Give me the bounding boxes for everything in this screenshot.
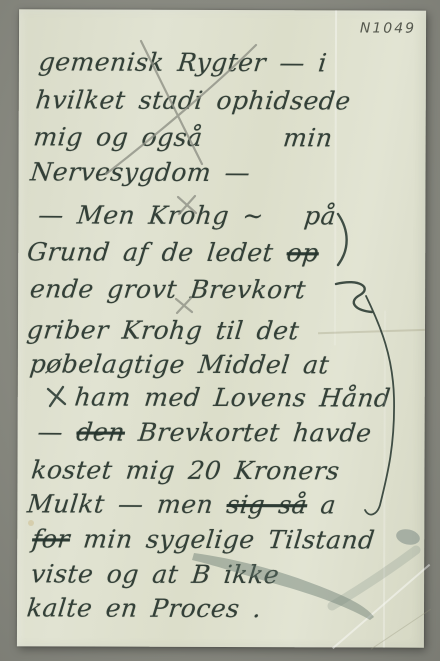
manuscript-line: for min sygelige Tilstand	[31, 526, 376, 552]
handwriting-text: griber Krohg til det	[25, 315, 300, 345]
handwriting-text: —	[36, 417, 78, 446]
handwriting-text: Nervesygdom —	[29, 157, 252, 187]
struck-word: den	[75, 418, 127, 447]
struck-word: sig så	[225, 490, 309, 519]
manuscript-line: Nervesygdom —	[29, 159, 251, 185]
corner-fold-crease	[332, 564, 430, 649]
handwriting-text: hvilket stadi ophidsede	[34, 85, 352, 115]
handwriting-text: gemenisk Rygter — i	[37, 47, 328, 77]
handwriting-text: Mulkt — men	[26, 489, 228, 519]
manuscript-line: kalte en Proces .	[26, 595, 263, 621]
manuscript-line: Grund af de ledet op	[26, 239, 320, 265]
handwriting-text: — Men Krohg ~ på	[37, 200, 338, 230]
manuscript-line: ham med Lovens Hånd	[73, 384, 392, 410]
manuscript-line: pøbelagtige Middel at	[29, 351, 331, 377]
manuscript-line: griber Krohg til det	[26, 317, 301, 343]
handwriting-text: min sygelige Tilstand	[68, 524, 376, 554]
manuscript-line: kostet mig 20 Kroners	[30, 457, 341, 483]
handwriting-text: a	[306, 490, 338, 519]
manuscript-line: mig og også min	[32, 124, 334, 150]
handwriting-text: viste og at B ikke	[30, 559, 281, 589]
manuscript-paper: N1049 gemenisk Rygter — i hvilket stadi …	[17, 9, 426, 647]
corner-fold-crease	[371, 609, 431, 650]
handwriting-text: ende grovt Brevkort	[29, 274, 308, 304]
horizontal-crease	[318, 329, 425, 334]
struck-word: op	[285, 238, 320, 267]
manuscript-line: ende grovt Brevkort	[29, 276, 307, 302]
handwriting-text: Grund af de ledet	[26, 237, 289, 267]
manuscript-line: gemenisk Rygter — i	[38, 49, 329, 75]
manuscript-line: hvilket stadi ophidsede	[34, 87, 352, 113]
manuscript-line: — Men Krohg ~ på	[37, 202, 338, 228]
manuscript-line: Mulkt — men sig så a	[26, 491, 337, 517]
manuscript-line: viste og at B ikke	[30, 561, 281, 587]
handwriting-text: pøbelagtige Middel at	[28, 349, 330, 379]
vertical-crease	[383, 311, 386, 648]
handwriting-text: mig og også min	[32, 122, 334, 152]
handwriting-text: Brevkortet havde	[123, 418, 373, 448]
manuscript-line: — den Brevkortet havde	[36, 419, 373, 445]
archive-number-label: N1049	[360, 20, 416, 36]
handwriting-text: kostet mig 20 Kroners	[30, 455, 341, 485]
vertical-crease	[334, 10, 337, 345]
struck-word: for	[31, 524, 72, 553]
handwriting-text: ham med Lovens Hånd	[73, 382, 392, 412]
handwriting-text: kalte en Proces .	[25, 593, 263, 623]
photograph-background: N1049 gemenisk Rygter — i hvilket stadi …	[0, 0, 440, 661]
